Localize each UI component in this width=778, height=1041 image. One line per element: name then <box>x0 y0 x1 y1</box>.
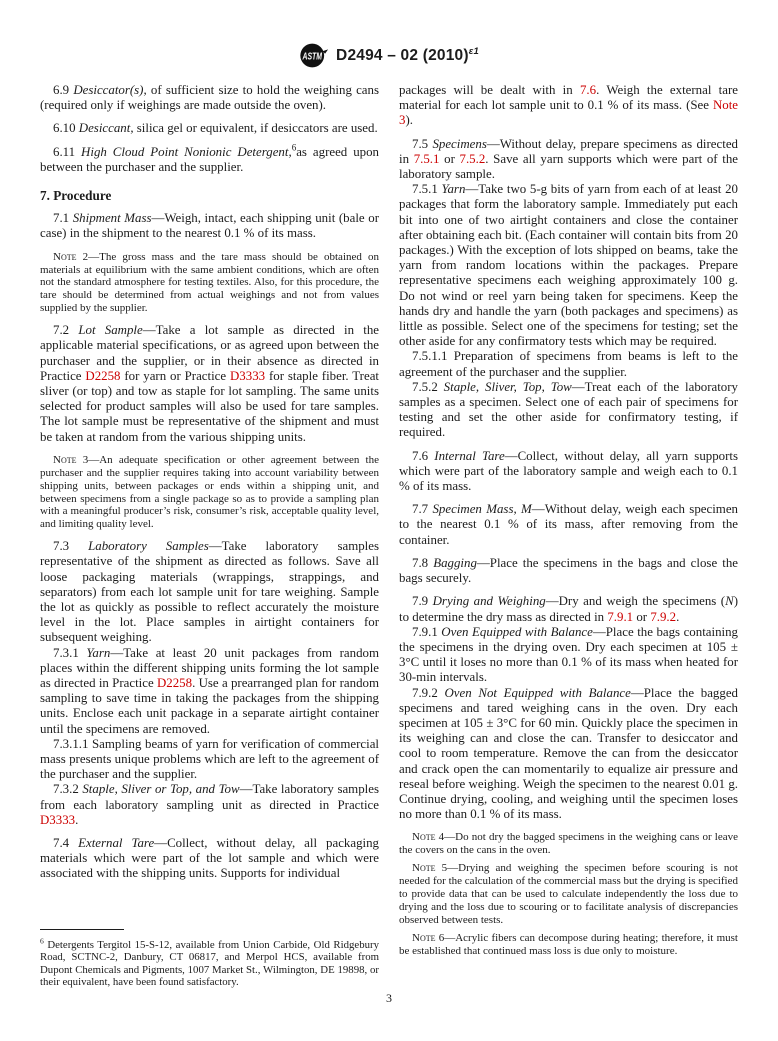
document-page: ASTM D2494 – 02 (2010)ε1 6.9 Desiccator(… <box>0 0 778 1041</box>
page-header: ASTM D2494 – 02 (2010)ε1 <box>0 0 778 69</box>
body-paragraph: 6.9 Desiccator(s), of sufficient size to… <box>40 83 379 113</box>
text-segment: 7.5.2 <box>412 380 444 394</box>
svg-text:ASTM: ASTM <box>302 51 323 62</box>
body-paragraph: 7.1 Shipment Mass—Weigh, intact, each sh… <box>40 211 379 241</box>
text-segment: 7. Procedure <box>40 188 111 203</box>
text-segment: Desiccant, <box>79 121 134 135</box>
text-segment: Note <box>53 454 77 466</box>
text-segment: . <box>75 813 78 827</box>
body-paragraph: 7.9 Drying and Weighing—Dry and weigh th… <box>399 594 738 624</box>
text-segment: Detergents Tergitol 15-S-12, available f… <box>40 939 379 989</box>
text-segment: 7.3.2 <box>53 782 82 796</box>
text-segment: —Dry and weigh the specimens ( <box>546 594 725 608</box>
text-segment: 7.7 <box>412 502 432 516</box>
text-segment: 7.9.2 <box>412 686 444 700</box>
text-segment: Staple, Sliver or Top, and Tow <box>82 782 239 796</box>
body-paragraph: 7.2 Lot Sample—Take a lot sample as dire… <box>40 323 379 445</box>
body-paragraph: 7.4 External Tare—Collect, without delay… <box>40 836 379 882</box>
text-segment: Specimens <box>432 137 486 151</box>
text-segment: Internal Tare <box>434 449 504 463</box>
ref-link[interactable]: D2258 <box>85 369 120 383</box>
text-segment: —Place the bagged specimens and tared we… <box>399 686 738 822</box>
text-segment: 4—Do not dry the bagged specimens in the… <box>399 831 738 856</box>
text-segment: Shipment Mass <box>73 211 152 225</box>
body-paragraph: 6.11 High Cloud Point Nonionic Detergent… <box>40 145 379 175</box>
text-segment: 7.4 <box>53 836 78 850</box>
text-segment: 6—Acrylic fibers can decompose during he… <box>399 932 738 957</box>
ref-link[interactable]: 7.5.1 <box>414 152 440 166</box>
text-segment: 7.2 <box>53 323 78 337</box>
astm-logo-icon: ASTM <box>299 42 329 69</box>
body-paragraph: 7.8 Bagging—Place the specimens in the b… <box>399 556 738 586</box>
text-segment: or <box>439 152 459 166</box>
text-segment: 7.9.1 <box>412 625 441 639</box>
right-column: packages will be dealt with in 7.6. Weig… <box>399 83 738 989</box>
body-paragraph: 7.5.1.1 Preparation of specimens from be… <box>399 349 738 379</box>
ref-link[interactable]: 7.9.2 <box>650 610 676 624</box>
text-segment: Note <box>412 932 436 944</box>
text-segment: High Cloud Point Nonionic Detergent, <box>81 145 292 159</box>
text-segment: Note <box>53 251 77 263</box>
text-segment: 7.3 <box>53 539 88 553</box>
body-paragraph: 7.5.2 Staple, Sliver, Top, Tow—Treat eac… <box>399 380 738 441</box>
text-segment: —Take laboratory samples representative … <box>40 539 379 644</box>
text-segment: 7.6 <box>412 449 434 463</box>
ref-link[interactable]: D3333 <box>40 813 75 827</box>
text-segment: 6.11 <box>53 145 81 159</box>
ref-link[interactable]: 7.6 <box>580 83 596 97</box>
designation-superscript: ε1 <box>469 45 479 56</box>
text-segment: 7.9 <box>412 594 433 608</box>
text-segment: —Take two 5-g bits of yarn from each of … <box>399 182 738 348</box>
text-segment: 7.5 <box>412 137 432 151</box>
body-paragraph: 7.7 Specimen Mass, M—Without delay, weig… <box>399 502 738 548</box>
text-segment: Specimen Mass, M <box>432 502 531 516</box>
note-paragraph: Note 4—Do not dry the bagged specimens i… <box>399 831 738 857</box>
text-segment: . <box>676 610 679 624</box>
text-segment: Yarn <box>86 646 110 660</box>
left-column: 6.9 Desiccator(s), of sufficient size to… <box>40 83 379 989</box>
text-segment: 3—An adequate specification or other agr… <box>40 454 379 531</box>
text-segment: 5—Drying and weighing the specimen befor… <box>399 862 738 926</box>
body-paragraph: 7.3.2 Staple, Sliver or Top, and Tow—Tak… <box>40 782 379 828</box>
text-segment: 7.8 <box>412 556 433 570</box>
text-segment: Oven Equipped with Balance <box>441 625 593 639</box>
text-segment: 6.10 <box>53 121 79 135</box>
ref-link[interactable]: D3333 <box>230 369 265 383</box>
body-paragraph: packages will be dealt with in 7.6. Weig… <box>399 83 738 129</box>
text-segment: Note <box>412 831 436 843</box>
text-segment: N <box>725 594 734 608</box>
body-paragraph: 7.3 Laboratory Samples—Take laboratory s… <box>40 539 379 645</box>
body-paragraph: 7.3.1 Yarn—Take at least 20 unit package… <box>40 646 379 737</box>
text-segment: Laboratory Samples <box>88 539 209 553</box>
text-segment: or <box>633 610 650 624</box>
footnote: 6 Detergents Tergitol 15-S-12, available… <box>40 939 379 989</box>
text-segment: 2—The gross mass and the tare mass shoul… <box>40 251 379 315</box>
text-segment: silica gel or equivalent, if desiccators… <box>134 121 378 135</box>
two-column-body: 6.9 Desiccator(s), of sufficient size to… <box>0 69 778 989</box>
body-paragraph: 7.6 Internal Tare—Collect, without delay… <box>399 449 738 495</box>
text-segment: Bagging <box>433 556 477 570</box>
ref-link[interactable]: 7.9.1 <box>607 610 633 624</box>
text-segment: 7.3.1.1 Sampling beams of yarn for verif… <box>40 737 379 781</box>
standard-designation: D2494 – 02 (2010)ε1 <box>336 47 479 65</box>
designation-text: D2494 – 02 (2010) <box>336 47 469 64</box>
note-paragraph: Note 2—The gross mass and the tare mass … <box>40 251 379 316</box>
text-segment: 6.9 <box>53 83 73 97</box>
footnote-block: 6 Detergents Tergitol 15-S-12, available… <box>40 929 379 989</box>
section-heading: 7. Procedure <box>40 188 379 203</box>
text-segment: packages will be dealt with in <box>399 83 580 97</box>
text-segment: Yarn <box>442 182 466 196</box>
text-segment: Staple, Sliver, Top, Tow <box>444 380 572 394</box>
note-paragraph: Note 5—Drying and weighing the specimen … <box>399 862 738 927</box>
text-segment: 7.1 <box>53 211 73 225</box>
body-paragraph: 7.5 Specimens—Without delay, prepare spe… <box>399 137 738 183</box>
text-segment: for yarn or Practice <box>120 369 230 383</box>
ref-link[interactable]: 7.5.2 <box>460 152 486 166</box>
text-segment: Desiccator(s), <box>73 83 146 97</box>
note-paragraph: Note 3—An adequate specification or othe… <box>40 454 379 531</box>
text-segment: Note <box>412 862 436 874</box>
note-paragraph: Note 6—Acrylic fibers can decompose duri… <box>399 932 738 958</box>
ref-link[interactable]: D2258 <box>157 676 192 690</box>
body-paragraph: 7.3.1.1 Sampling beams of yarn for verif… <box>40 737 379 783</box>
text-segment: 7.5.1 <box>412 182 442 196</box>
text-segment: ). <box>405 113 413 127</box>
text-segment: 7.3.1 <box>53 646 86 660</box>
body-paragraph: 7.9.2 Oven Not Equipped with Balance—Pla… <box>399 686 738 823</box>
text-segment: Drying and Weighing <box>433 594 546 608</box>
body-paragraph: 7.9.1 Oven Equipped with Balance—Place t… <box>399 625 738 686</box>
page-number: 3 <box>0 991 778 1006</box>
text-segment: External Tare <box>78 836 154 850</box>
body-paragraph: 6.10 Desiccant, silica gel or equivalent… <box>40 121 379 136</box>
text-segment: Lot Sample <box>78 323 142 337</box>
body-paragraph: 7.5.1 Yarn—Take two 5-g bits of yarn fro… <box>399 182 738 349</box>
footnote-rule <box>40 929 124 930</box>
text-segment: Oven Not Equipped with Balance <box>444 686 630 700</box>
text-segment: 7.5.1.1 Preparation of specimens from be… <box>399 349 738 378</box>
